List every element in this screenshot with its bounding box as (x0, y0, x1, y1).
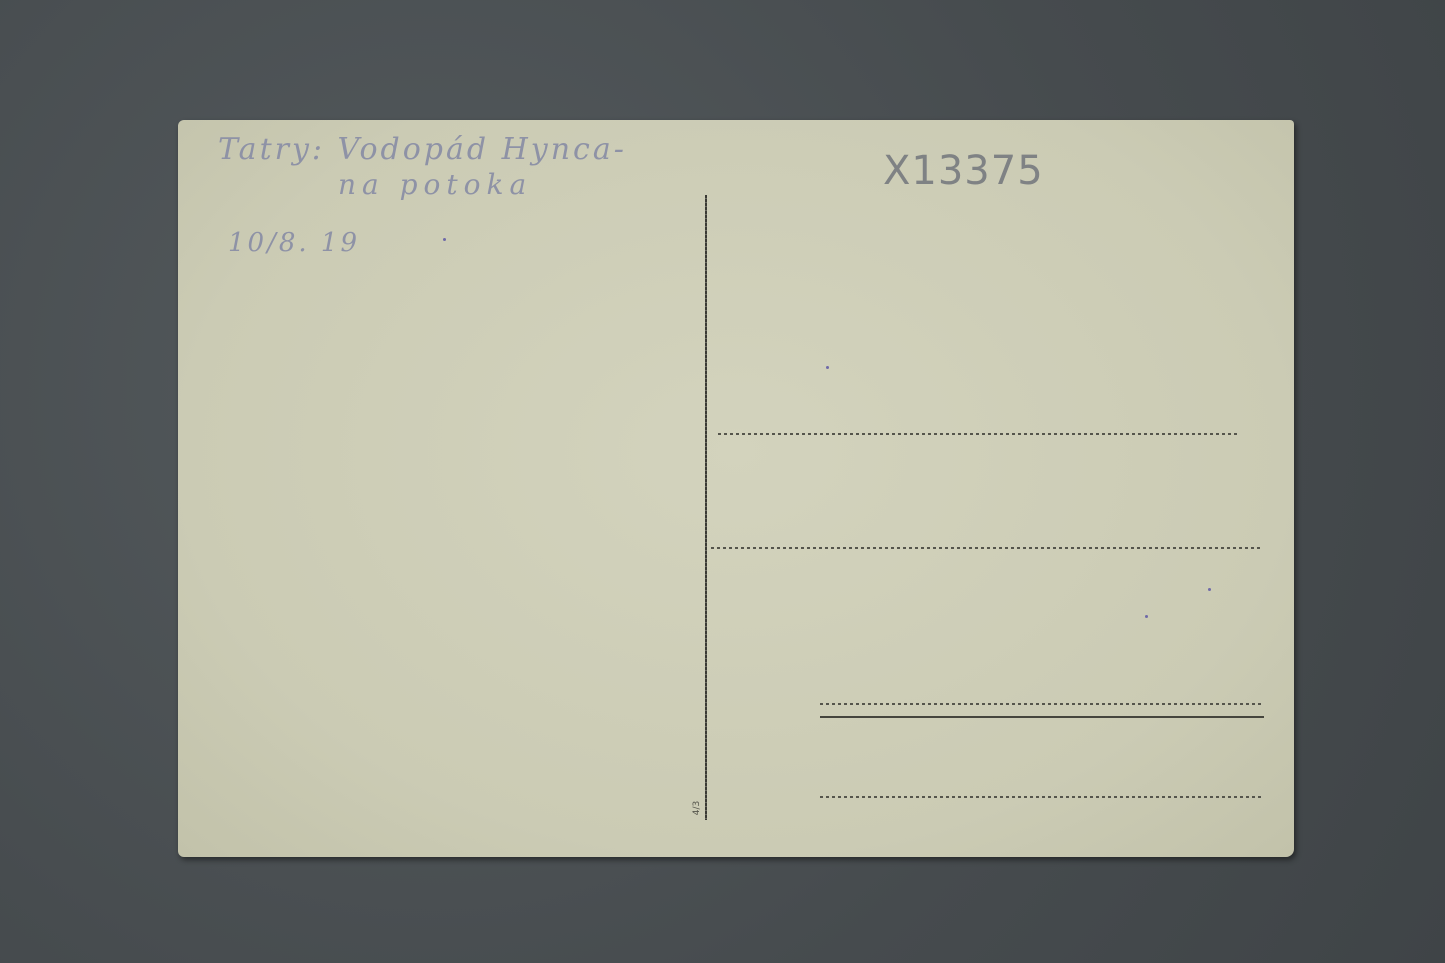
handwritten-caption-line2: na potoka (338, 168, 532, 201)
address-line-3 (820, 703, 1264, 705)
postcard-back: Tatry: Vodopád Hynca- na potoka 10/8. 19… (178, 120, 1294, 857)
handwritten-date: 10/8. 19 (228, 228, 360, 258)
address-line-4 (820, 796, 1264, 798)
ink-speck (1145, 615, 1148, 618)
inventory-number: X13375 (883, 148, 1044, 194)
address-underline-solid (820, 716, 1264, 718)
center-divider-line (705, 195, 707, 820)
ink-speck (1208, 588, 1211, 591)
ink-speck (826, 366, 829, 369)
handwritten-caption-line1: Tatry: Vodopád Hynca- (218, 132, 627, 167)
ink-speck (443, 238, 446, 241)
address-line-1 (718, 433, 1238, 435)
printer-mark: 4/3 (692, 801, 702, 815)
address-line-2 (711, 547, 1261, 549)
